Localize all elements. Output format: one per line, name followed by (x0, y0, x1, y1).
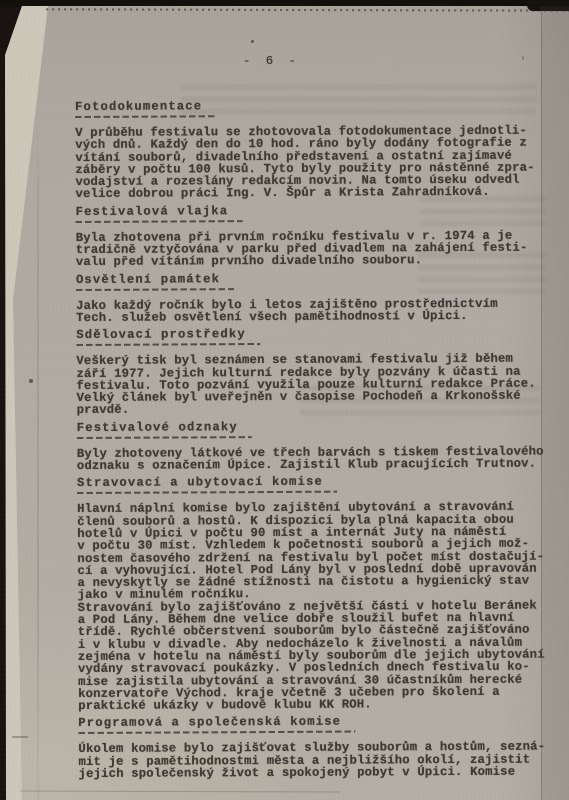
section-heading: Fotodokumentace (75, 99, 216, 118)
dust-speck (522, 56, 524, 60)
dust-speck (251, 40, 254, 43)
section-body: V průběhu festivalu se zhotovovala fotod… (75, 125, 547, 201)
section-heading: Festivalová vlajka (76, 204, 243, 223)
section-heading: Stravovací a ubytovací komise (77, 475, 337, 494)
document-section: Fotodokumentace V průběhu festivalu se z… (75, 98, 548, 201)
document-section: Festivalové odznaky Byly zhotoveny látko… (77, 418, 549, 472)
scanned-document-photo: - 6 - Fotodokumentace V průběhu festival… (0, 0, 569, 800)
section-body: Jako každý ročník bylo i letos zajištěno… (76, 297, 548, 324)
section-body: Byly zhotoveny látkové ve třech barvách … (77, 445, 549, 472)
document-section: Osvětlení památek Jako každý ročník bylo… (76, 270, 548, 324)
section-body: Byla zhotovena při prvním ročníku festiv… (76, 229, 548, 268)
scan-top-border (0, 0, 569, 6)
section-heading: Sdělovací prostředky (76, 327, 260, 346)
section-heading: Programová a společenská komise (78, 715, 355, 734)
document-section: Stravovací a ubytovací komise Hlavní náp… (77, 474, 550, 713)
typewritten-content: Fotodokumentace V průběhu festivalu se z… (75, 98, 551, 785)
scratch-mark (12, 736, 28, 738)
document-section: Festivalová vlajka Byla zhotovena při pr… (76, 202, 548, 268)
section-heading: Festivalové odznaky (77, 420, 252, 439)
page-number: - 6 - (243, 54, 300, 68)
document-section: Sdělovací prostředky Veškerý tisk byl se… (76, 326, 548, 417)
paper-crease (37, 120, 39, 800)
document-section: Programová a společenská komise Úkolem k… (78, 714, 550, 780)
dust-speck (29, 379, 33, 383)
section-heading: Osvětlení památek (76, 272, 234, 291)
section-body: Úkolem komise bylo zajišťovat služby sou… (78, 741, 550, 780)
section-body: Hlavní náplní komise bylo zajištění ubyt… (77, 501, 550, 713)
section-body: Veškerý tisk byl seznámen se stanovami f… (76, 353, 548, 417)
